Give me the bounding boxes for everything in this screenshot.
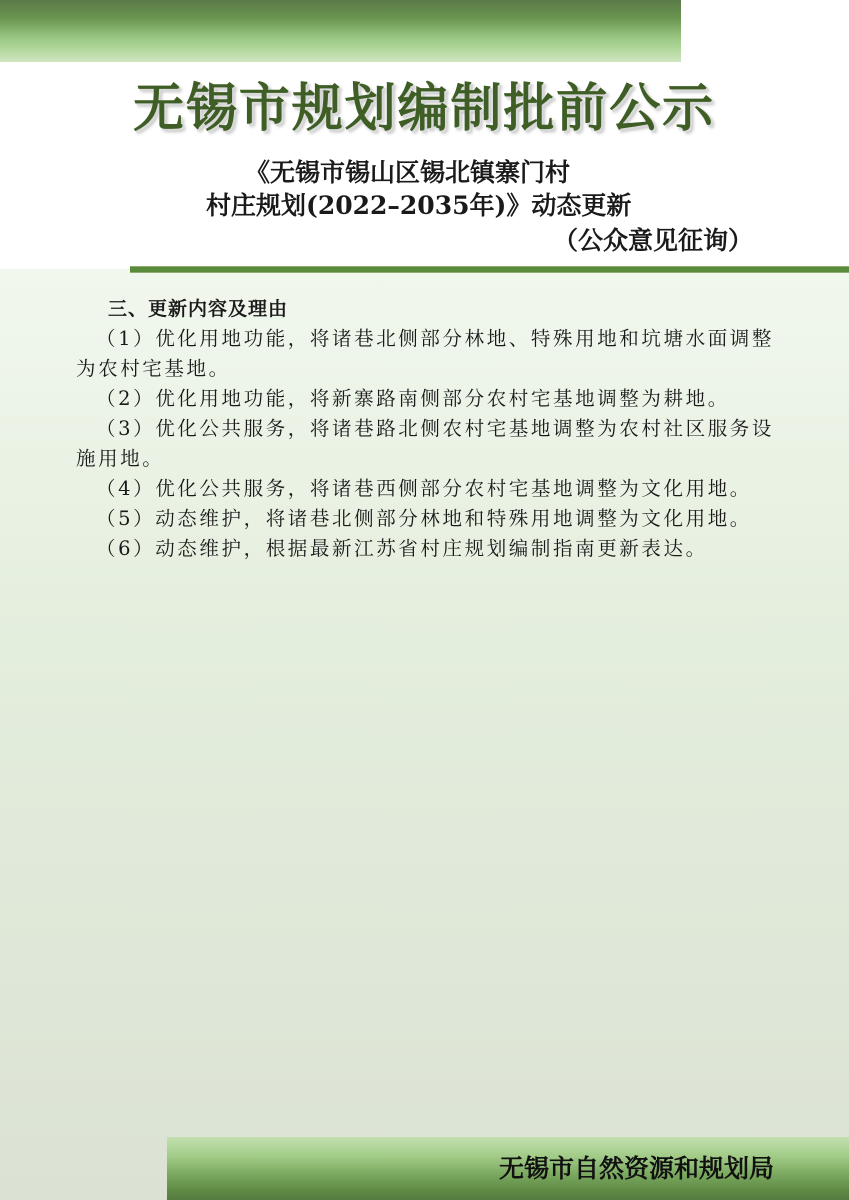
subtitle-line-1: 《无锡市锡山区锡北镇寨门村 [245, 158, 570, 188]
update-item-5: （5）动态维护，将诸巷北侧部分林地和特殊用地调整为文化用地。 [76, 504, 786, 534]
subtitle-line-2: 村庄规划(2022–2035年)》动态更新 [206, 191, 631, 221]
update-item-2: （2）优化用地功能，将新寨路南侧部分农村宅基地调整为耕地。 [76, 384, 786, 414]
issuing-organization: 无锡市自然资源和规划局 [499, 1149, 774, 1185]
update-item-3: （3）优化公共服务，将诸巷路北侧农村宅基地调整为农村社区服务设施用地。 [76, 414, 786, 474]
update-item-1: （1）优化用地功能，将诸巷北侧部分林地、特殊用地和坑塘水面调整为农村宅基地。 [76, 324, 786, 384]
header-divider [130, 266, 849, 273]
header-gradient-bar [0, 0, 681, 62]
update-item-6: （6）动态维护，根据最新江苏省村庄规划编制指南更新表达。 [76, 534, 786, 564]
page-title: 无锡市规划编制批前公示 [0, 78, 849, 140]
notice-body: 三、更新内容及理由 （1）优化用地功能，将诸巷北侧部分林地、特殊用地和坑塘水面调… [76, 294, 786, 564]
page-title-text: 无锡市规划编制批前公示 [133, 78, 715, 140]
subtitle-line-3: （公众意见征询） [553, 226, 753, 256]
section-heading: 三、更新内容及理由 [76, 294, 786, 324]
update-item-4: （4）优化公共服务，将诸巷西侧部分农村宅基地调整为文化用地。 [76, 474, 786, 504]
